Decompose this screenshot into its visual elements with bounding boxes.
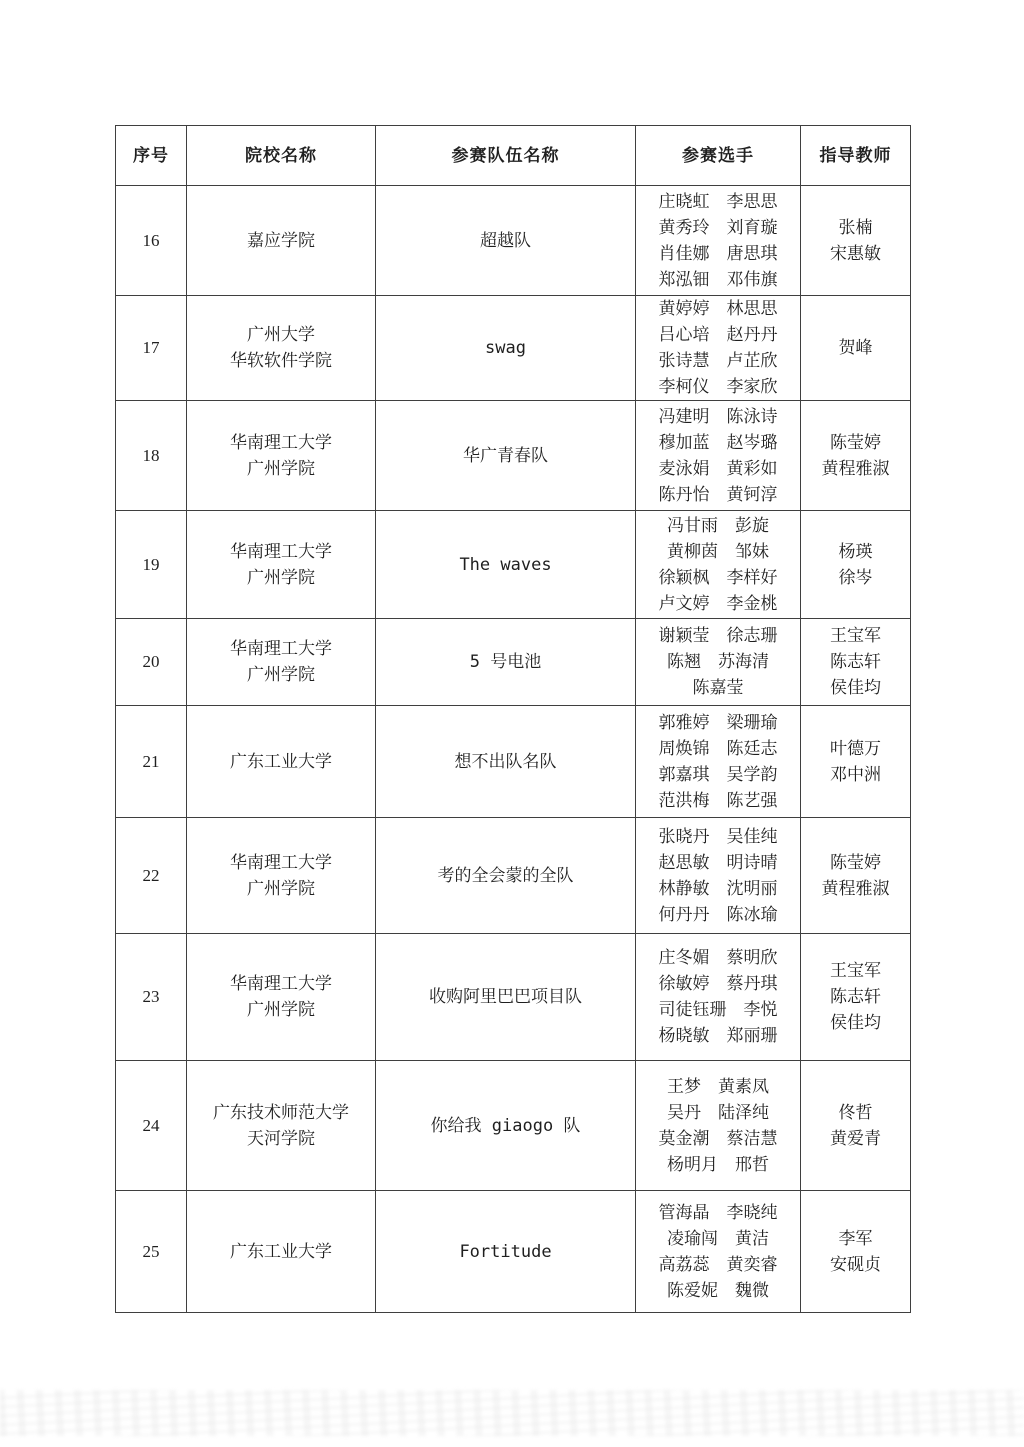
table-row: 17 广州大学 华软软件学院 swag 黄婷婷 林思思 吕心培 赵丹丹 张诗慧 … (116, 296, 911, 401)
header-school: 院校名称 (187, 126, 376, 186)
team-name: Fortitude (376, 1191, 636, 1313)
teachers-list: 张楠 宋惠敏 (801, 186, 911, 296)
players-list: 谢颖莹 徐志珊 陈翘 苏海清 陈嘉莹 (636, 619, 801, 706)
team-name: swag (376, 296, 636, 401)
players-list: 庄冬媚 蔡明欣 徐敏婷 蔡丹琪 司徒钰珊 李悦 杨晓敏 郑丽珊 (636, 934, 801, 1061)
school-name: 广东工业大学 (187, 706, 376, 818)
teachers-list: 杨瑛 徐岑 (801, 511, 911, 619)
school-name: 华南理工大学 广州学院 (187, 511, 376, 619)
school-name: 广州大学 华软软件学院 (187, 296, 376, 401)
team-name: 超越队 (376, 186, 636, 296)
row-number: 21 (116, 706, 187, 818)
teachers-list: 佟哲 黄爱青 (801, 1061, 911, 1191)
row-number: 18 (116, 401, 187, 511)
row-number: 16 (116, 186, 187, 296)
row-number: 25 (116, 1191, 187, 1313)
scan-noise-band (0, 1390, 1024, 1436)
players-list: 张晓丹 吴佳纯 赵思敏 明诗晴 林静敏 沈明丽 何丹丹 陈冰瑜 (636, 818, 801, 934)
teachers-list: 陈莹婷 黄程雅淑 (801, 401, 911, 511)
school-name: 广东技术师范大学 天河学院 (187, 1061, 376, 1191)
row-number: 22 (116, 818, 187, 934)
school-name: 华南理工大学 广州学院 (187, 401, 376, 511)
team-name: 你给我 giaogo 队 (376, 1061, 636, 1191)
scanned-document-page: 序号 院校名称 参赛队伍名称 参赛选手 指导教师 16 嘉应学院 超越队 庄晓虹… (0, 0, 1024, 1447)
team-name: 考的全会蒙的全队 (376, 818, 636, 934)
players-list: 冯甘雨 彭旋 黄柳茵 邹妹 徐颖枫 李样好 卢文婷 李金桃 (636, 511, 801, 619)
school-name: 嘉应学院 (187, 186, 376, 296)
header-no: 序号 (116, 126, 187, 186)
teachers-list: 王宝军 陈志轩 侯佳均 (801, 934, 911, 1061)
table-row: 18 华南理工大学 广州学院 华广青春队 冯建明 陈泳诗 穆加蓝 赵岑璐 麦泳娟… (116, 401, 911, 511)
table-header-row: 序号 院校名称 参赛队伍名称 参赛选手 指导教师 (116, 126, 911, 186)
school-name: 华南理工大学 广州学院 (187, 934, 376, 1061)
teachers-list: 王宝军 陈志轩 侯佳均 (801, 619, 911, 706)
teachers-list: 贺峰 (801, 296, 911, 401)
team-name: 想不出队名队 (376, 706, 636, 818)
school-name: 广东工业大学 (187, 1191, 376, 1313)
table-row: 16 嘉应学院 超越队 庄晓虹 李思思 黄秀玲 刘育璇 肖佳娜 唐思琪 郑泓钿 … (116, 186, 911, 296)
row-number: 24 (116, 1061, 187, 1191)
table-row: 23 华南理工大学 广州学院 收购阿里巴巴项目队 庄冬媚 蔡明欣 徐敏婷 蔡丹琪… (116, 934, 911, 1061)
players-list: 管海晶 李晓纯 凌瑜闯 黄洁 高荔蕊 黄奕睿 陈爱妮 魏微 (636, 1191, 801, 1313)
table-row: 20 华南理工大学 广州学院 5 号电池 谢颖莹 徐志珊 陈翘 苏海清 陈嘉莹 … (116, 619, 911, 706)
header-team: 参赛队伍名称 (376, 126, 636, 186)
row-number: 23 (116, 934, 187, 1061)
row-number: 17 (116, 296, 187, 401)
team-name: 华广青春队 (376, 401, 636, 511)
table-row: 25 广东工业大学 Fortitude 管海晶 李晓纯 凌瑜闯 黄洁 高荔蕊 黄… (116, 1191, 911, 1313)
table-row: 22 华南理工大学 广州学院 考的全会蒙的全队 张晓丹 吴佳纯 赵思敏 明诗晴 … (116, 818, 911, 934)
table-row: 24 广东技术师范大学 天河学院 你给我 giaogo 队 王梦 黄素凤 吴丹 … (116, 1061, 911, 1191)
table-row: 21 广东工业大学 想不出队名队 郭雅婷 梁珊瑜 周焕锦 陈廷志 郭嘉琪 吴学韵… (116, 706, 911, 818)
row-number: 19 (116, 511, 187, 619)
teachers-list: 李军 安砚贞 (801, 1191, 911, 1313)
header-players: 参赛选手 (636, 126, 801, 186)
school-name: 华南理工大学 广州学院 (187, 619, 376, 706)
header-teachers: 指导教师 (801, 126, 911, 186)
teachers-list: 陈莹婷 黄程雅淑 (801, 818, 911, 934)
team-name: 收购阿里巴巴项目队 (376, 934, 636, 1061)
team-name: The waves (376, 511, 636, 619)
school-name: 华南理工大学 广州学院 (187, 818, 376, 934)
row-number: 20 (116, 619, 187, 706)
players-list: 庄晓虹 李思思 黄秀玲 刘育璇 肖佳娜 唐思琪 郑泓钿 邓伟旗 (636, 186, 801, 296)
team-name: 5 号电池 (376, 619, 636, 706)
players-list: 郭雅婷 梁珊瑜 周焕锦 陈廷志 郭嘉琪 吴学韵 范洪梅 陈艺强 (636, 706, 801, 818)
players-list: 黄婷婷 林思思 吕心培 赵丹丹 张诗慧 卢芷欣 李柯仪 李家欣 (636, 296, 801, 401)
teams-table: 序号 院校名称 参赛队伍名称 参赛选手 指导教师 16 嘉应学院 超越队 庄晓虹… (115, 125, 911, 1313)
teams-table-container: 序号 院校名称 参赛队伍名称 参赛选手 指导教师 16 嘉应学院 超越队 庄晓虹… (115, 125, 910, 1313)
players-list: 王梦 黄素凤 吴丹 陆泽纯 莫金潮 蔡洁慧 杨明月 邢哲 (636, 1061, 801, 1191)
table-row: 19 华南理工大学 广州学院 The waves 冯甘雨 彭旋 黄柳茵 邹妹 徐… (116, 511, 911, 619)
players-list: 冯建明 陈泳诗 穆加蓝 赵岑璐 麦泳娟 黄彩如 陈丹怡 黄钶淳 (636, 401, 801, 511)
teachers-list: 叶德万 邓中洲 (801, 706, 911, 818)
